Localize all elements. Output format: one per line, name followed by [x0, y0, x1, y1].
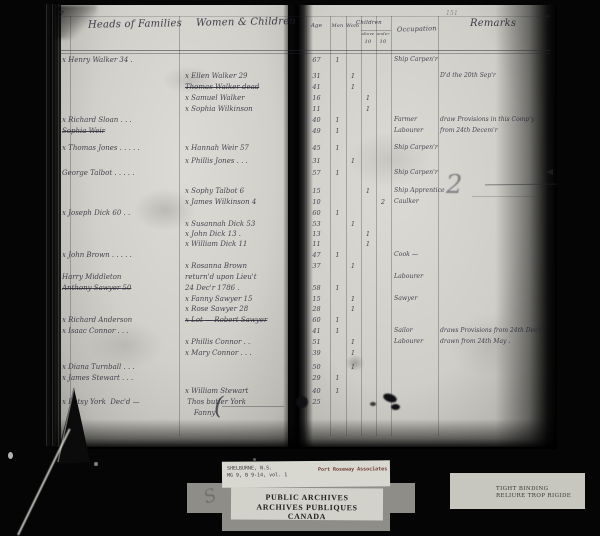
ledger-age: 51 — [304, 339, 329, 346]
arrow-artifact — [545, 169, 553, 175]
ledger-remark: draws Provisions from 24th Dec'r — [440, 328, 542, 334]
ledger-head: Sophia Weir — [62, 128, 105, 135]
ledger-men: 1 — [330, 328, 345, 335]
ledger-wc: x Sophy Talbot 6 — [185, 188, 244, 195]
ledger-wc: x Lot — Robert Sawyer — [185, 317, 267, 324]
ledger-row: x James Wilkinson 4102Caulker — [0, 199, 600, 209]
ledger-age: 29 — [304, 375, 329, 382]
ledger-age: 50 — [304, 364, 329, 371]
ledger-row: x John Brown . . . . .471Cook — — [0, 252, 600, 262]
ledger-age: 60 — [304, 210, 329, 217]
ledger-row: x Thomas Jones . . . . .x Hannah Weir 57… — [0, 145, 600, 155]
ledger-row: x James Stewart . . .291 — [0, 375, 600, 385]
fonds-title: Port Roseway Associates — [318, 466, 387, 473]
ledger-row: x Richard Sloan . . .401Farmerdraw Provi… — [0, 117, 600, 127]
ledger-occ: Sailor — [394, 328, 413, 334]
ledger-age: 15 — [304, 296, 329, 303]
ledger-head: Anthony Sawyer 50 — [62, 285, 131, 292]
ledger-men: 1 — [330, 210, 345, 217]
ledger-head: x Diana Turnball . . . — [62, 364, 135, 371]
family-bracket: ( — [214, 394, 224, 418]
ledger-head: x Richard Sloan . . . — [62, 117, 132, 124]
ledger-age: 15 — [304, 188, 329, 195]
ledger-cha: 1 — [361, 188, 375, 195]
ledger-age: 57 — [304, 170, 329, 177]
ledger-row: George Talbot . . . . .571Ship Carpen'r — [0, 170, 600, 180]
ledger-row: x Rose Sawyer 28281 — [0, 306, 600, 316]
ledger-age: 31 — [304, 73, 329, 80]
ledger-head: x Isaac Connor . . . — [62, 328, 129, 335]
ledger-occ: Ship Carpen'r — [394, 170, 438, 176]
ledger-age: 31 — [304, 158, 329, 165]
ledger-head: Harry Middleton — [62, 274, 121, 281]
ledger-row: x Richard Andersonx Lot — Robert Sawyer6… — [0, 317, 600, 327]
ledger-age: 16 — [304, 95, 329, 102]
ledger-women: 1 — [346, 364, 360, 371]
ledger-head: x John Brown . . . . . — [62, 252, 132, 259]
ledger-wc: x Sophia Wilkinson — [185, 106, 253, 113]
ledger-row: x Isaac Connor . . .411Sailordraws Provi… — [0, 328, 600, 338]
ledger-wc: x John Dick 13 . — [185, 231, 241, 238]
ledger-age: 40 — [304, 388, 329, 395]
ledger-row: Harry Middletonreturn'd upon Lieu'tLabou… — [0, 274, 600, 284]
ledger-row: x William Dick 11111 — [0, 241, 600, 251]
ledger-row: x Susannah Dick 53531 — [0, 221, 600, 231]
ledger-occ: Caulker — [394, 199, 419, 205]
ledger-row: x Henry Walker 34 .671Ship Carpen'r — [0, 57, 600, 67]
ledger-wc: x Phillis Connor . . — [185, 339, 250, 346]
ledger-wc: x James Wilkinson 4 — [185, 199, 256, 206]
ledger-women: 1 — [346, 296, 360, 303]
public-archives-stamp-card: PUBLIC ARCHIVES ARCHIVES PUBLIQUES CANAD… — [231, 487, 383, 520]
ledger-men: 1 — [330, 375, 345, 382]
ledger-row: x John Dick 13 .131 — [0, 231, 600, 241]
film-speck — [8, 452, 13, 459]
ledger-age: 11 — [304, 106, 329, 113]
ledger-occ: Ship Carpen'r — [394, 57, 438, 63]
ledger-cha: 1 — [361, 95, 375, 102]
ledger-men: 1 — [330, 57, 345, 64]
ledger-wc: x William Dick 11 — [185, 241, 247, 248]
ledger-row: x Ellen Walker 29311D'd the 20th Sep'r — [0, 73, 600, 83]
pencil-underline-faint — [472, 196, 542, 197]
ledger-age: 67 — [304, 57, 329, 64]
ledger-age: 58 — [304, 285, 329, 292]
ledger-row: x Mary Connor . . .391 — [0, 350, 600, 360]
ledger-occ: Farmer — [394, 117, 417, 123]
ledger-occ: Ship Carpen'r — [394, 145, 438, 151]
ledger-age: 45 — [304, 145, 329, 152]
ledger-age: 37 — [304, 263, 329, 270]
ledger-cha: 1 — [361, 231, 375, 238]
ledger-age: 53 — [304, 221, 329, 228]
pencil-flourish: 2 — [446, 172, 463, 198]
ledger-men: 1 — [330, 170, 345, 177]
ledger-men: 1 — [330, 117, 345, 124]
stamp-line-3: CANADA — [231, 512, 383, 523]
ledger-remark: D'd the 20th Sep'r — [440, 73, 496, 79]
ledger-men: 1 — [330, 128, 345, 135]
ledger-row: x Joseph Dick 60 . .601 — [0, 210, 600, 220]
ledger-men: 1 — [330, 317, 345, 324]
ledger-wc: x Hannah Weir 57 — [185, 145, 249, 152]
ledger-women: 1 — [346, 73, 360, 80]
ledger-age: 41 — [304, 84, 329, 91]
ledger-age: 10 — [304, 199, 329, 206]
ledger-wc: x Rosanna Brown — [185, 263, 247, 270]
ledger-women: 1 — [346, 350, 360, 357]
ledger-row: Sophia Weir491Labourerfrom 24th Decem'r — [0, 128, 600, 138]
ledger-age: 60 — [304, 317, 329, 324]
ink-blot — [370, 402, 376, 406]
ledger-age: 13 — [304, 231, 329, 238]
microfilm-frame: 7 Heads of Families Women & Children Age… — [0, 0, 600, 536]
ink-blot — [391, 404, 400, 410]
ledger-age: 28 — [304, 306, 329, 313]
ledger-occ: Ship Apprentice — [394, 188, 445, 194]
ledger-row: x Rosanna Brown371 — [0, 263, 600, 273]
ledger-row: x Fanny Sawyer 15151Sawyer — [0, 296, 600, 306]
ledger-age: 39 — [304, 350, 329, 357]
ledger-wc: Fanny — [185, 410, 215, 417]
ledger-occ: Labourer — [394, 128, 423, 134]
ledger-head: x Richard Anderson — [62, 317, 132, 324]
ledger-chu: 2 — [376, 199, 390, 206]
ledger-wc: x Susannah Dick 53 — [185, 221, 255, 228]
archive-reference: MG 9, B 9-14, vol. 1 — [227, 472, 287, 480]
ledger-men: 1 — [330, 285, 345, 292]
ledger-wc: x Phillis Jones . . . — [185, 158, 248, 165]
ledger-remark: drawn from 24th May . — [440, 339, 510, 345]
ledger-wc: x Ellen Walker 29 — [185, 73, 248, 80]
ledger-wc: return'd upon Lieu't — [185, 274, 257, 281]
ledger-wc: x Samuel Walker — [185, 95, 245, 102]
ledger-rows: x Henry Walker 34 .671Ship Carpen'rx Ell… — [0, 0, 600, 450]
ledger-age: 41 — [304, 328, 329, 335]
ledger-occ: Cook — — [394, 252, 418, 258]
ledger-head: x Thomas Jones . . . . . — [62, 145, 140, 152]
tight-binding-label: TIGHT BINDING RELIURE TROP RIGIDE — [450, 473, 585, 509]
ink-blot — [296, 396, 308, 408]
ledger-wc: Thomas Walker dead — [185, 84, 259, 91]
ledger-row: Anthony Sawyer 5024 Dec'r 1786 .581 — [0, 285, 600, 295]
ledger-row: x Diana Turnball . . .501 — [0, 364, 600, 374]
ledger-occ: Labourer — [394, 339, 423, 345]
ledger-women: 1 — [346, 221, 360, 228]
ledger-remark: from 24th Decem'r — [440, 128, 498, 134]
ledger-occ: Labourer — [394, 274, 423, 280]
ledger-row: x Samuel Walker161 — [0, 95, 600, 105]
ledger-wc: 24 Dec'r 1786 . — [185, 285, 240, 292]
ledger-row: Thomas Walker dead411 — [0, 84, 600, 94]
ledger-age: 47 — [304, 252, 329, 259]
ledger-women: 1 — [346, 158, 360, 165]
ledger-wc: x Mary Connor . . . — [185, 350, 252, 357]
ledger-head: George Talbot . . . . . — [62, 170, 134, 177]
ledger-cha: 1 — [361, 241, 375, 248]
ledger-men: 1 — [330, 252, 345, 259]
ledger-wc: x Fanny Sawyer 15 — [185, 296, 252, 303]
film-speck — [94, 462, 98, 466]
ledger-age: 40 — [304, 117, 329, 124]
ledger-head: x Joseph Dick 60 . . — [62, 210, 130, 217]
binding-note-fr: RELIURE TROP RIGIDE — [496, 493, 571, 500]
ledger-remark: draw Provisions in this Comp'y — [440, 117, 534, 123]
ledger-cha: 1 — [361, 106, 375, 113]
ledger-occ: Sawyer — [394, 296, 417, 302]
ledger-head: x James Stewart . . . — [62, 375, 133, 382]
ledger-women: 1 — [346, 306, 360, 313]
ledger-head: x Henry Walker 34 . — [62, 57, 133, 64]
ledger-women: 1 — [346, 84, 360, 91]
ledger-row: x Phillis Connor . .511Labourerdrawn fro… — [0, 339, 600, 349]
ledger-women: 1 — [346, 339, 360, 346]
ledger-men: 1 — [330, 388, 345, 395]
ledger-age: 11 — [304, 241, 329, 248]
ledger-row: x Phillis Jones . . .311 — [0, 158, 600, 168]
ledger-men: 1 — [330, 145, 345, 152]
ledger-age: 49 — [304, 128, 329, 135]
ledger-row: x Sophia Wilkinson111 — [0, 106, 600, 116]
ledger-wc: x Rose Sawyer 28 — [185, 306, 248, 313]
ledger-women: 1 — [346, 263, 360, 270]
archive-reference-label: SHELBURNE, N.S. MG 9, B 9-14, vol. 1 Por… — [222, 460, 390, 487]
